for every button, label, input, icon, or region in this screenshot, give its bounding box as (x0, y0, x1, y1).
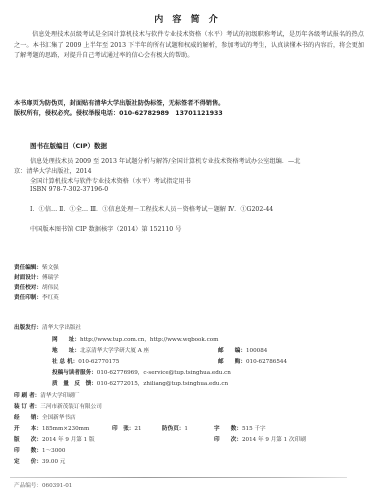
production-antifake-pages: 防伪页：1 (162, 424, 188, 432)
publisher-address: 地 址：北京清华大学学研大厦 A 座 (52, 346, 149, 354)
binder-value: 三河市新茂装订有限公司 (40, 404, 102, 410)
switchboard-value: 010-62770175 (78, 359, 119, 365)
web-label: 网 址： (52, 335, 80, 343)
postcode-value: 100084 (246, 348, 267, 354)
production-binder: 装 订 者：三河市新茂装订有限公司 (14, 402, 102, 410)
distributor-label: 经 销： (14, 413, 42, 421)
staff-cover-design: 封面设计：傅瑞学 (14, 273, 59, 281)
printer-value: 清华大学印刷厂 (40, 393, 79, 399)
cip-record-line1: 信息处理技术员 2009 至 2013 年试题分析与解答/全国计算机专业技术资格… (30, 156, 300, 165)
impression-label: 印 次： (214, 435, 242, 443)
staff-proofreader: 责任校对：胡伟民 (14, 283, 59, 291)
service-value: 010-62776969，c-service@tup.tsinghua.edu.… (97, 370, 231, 376)
cip-isbn: ISBN 978-7-302-37196-0 (30, 186, 108, 193)
mail-order-label: 邮 购： (218, 357, 246, 365)
sheets-label: 印 张： (112, 424, 134, 432)
cip-record-line2: 京：清华大学出版社，2014 (14, 166, 92, 175)
production-copies: 印 数：1～3000 (14, 446, 65, 454)
edition-label: 版 次： (14, 435, 42, 443)
price-value: 39.00 元 (42, 459, 65, 465)
summary-paragraph: 信息处理技术员级考试是全国计算机技术与软件专业技术资格（水平）考试的初级职称考试… (14, 30, 364, 62)
publisher-mail-order: 邮 购：010-62786544 (218, 357, 287, 365)
copies-value: 1～3000 (42, 448, 65, 454)
distributor-value: 全国新华书店 (42, 415, 76, 421)
web-value: http://www.tup.com.cn，http://www.wqbook.… (80, 337, 218, 343)
edition-value: 2014 年 9 月第 1 版 (42, 437, 95, 443)
production-impression: 印 次：2014 年 9 月第 1 次印刷 (214, 435, 306, 443)
antifake-value: 1 (184, 426, 188, 432)
address-label: 地 址： (52, 346, 80, 354)
publisher-web: 网 址：http://www.tup.com.cn，http://www.wqb… (52, 335, 218, 343)
staff-label: 责任校对： (14, 285, 42, 291)
staff-value: 柴文强 (42, 265, 59, 271)
address-value: 北京清华大学学研大厦 A 座 (80, 348, 149, 354)
copies-label: 印 数： (14, 446, 42, 454)
staff-value: 傅瑞学 (42, 275, 59, 281)
cip-heading: 图书在版编目（CIP）数据 (30, 141, 107, 150)
production-edition: 版 次：2014 年 9 月第 1 版 (14, 435, 95, 443)
switchboard-label: 社 总 机： (52, 357, 78, 365)
staff-label: 封面设计： (14, 275, 42, 281)
staff-label: 责任编辑： (14, 265, 42, 271)
rights-notice: 版权所有，侵权必究。侵权举报电话：010-62782989 1370112193… (14, 108, 223, 117)
copyright-page: 内 容 简 介 信息处理技术员级考试是全国计算机技术与软件专业技术资格（水平）考… (0, 0, 375, 496)
staff-printing: 责任印制：李红英 (14, 293, 59, 301)
product-label: 产品编号： (14, 483, 42, 489)
antifake-label: 防伪页： (162, 424, 184, 432)
service-label: 投稿与读者服务： (52, 368, 97, 376)
production-word-count: 字 数：515 千字 (214, 424, 266, 432)
cip-series: 全国计算机技术与软件专业技术资格（水平）考试指定用书 (30, 176, 191, 185)
publisher-switchboard: 社 总 机：010-62770175 (52, 357, 119, 365)
staff-label: 责任印制： (14, 295, 42, 301)
mail-order-value: 010-62786544 (246, 359, 287, 365)
publisher-reader-service: 投稿与读者服务：010-62776969，c-service@tup.tsing… (52, 368, 231, 376)
postcode-label: 邮 编： (218, 346, 246, 354)
publisher-label: 出版发行： (14, 323, 42, 331)
feedback-value: 010-62772015，zhiliang@tup.tsinghua.edu.c… (97, 381, 228, 387)
production-price: 定 价：39.00 元 (14, 457, 65, 465)
anti-counterfeit-notice: 本书扉页为防伪页，封面贴有清华大学出版社防伪标签，无标签者不得销售。 (14, 98, 224, 107)
production-printer: 印 刷 者：清华大学印刷厂 (14, 391, 79, 399)
staff-value: 胡伟民 (42, 285, 59, 291)
words-value: 515 千字 (242, 426, 266, 432)
staff-value: 李红英 (42, 295, 59, 301)
product-value: 060391-01 (42, 483, 72, 489)
production-distributor: 经 销：全国新华书店 (14, 413, 76, 421)
publisher-quality-feedback: 质 量 反 馈：010-62772015，zhiliang@tup.tsingh… (52, 379, 228, 387)
price-label: 定 价： (14, 457, 42, 465)
staff-editor: 责任编辑：柴文强 (14, 263, 59, 271)
publisher-postcode: 邮 编：100084 (218, 346, 267, 354)
format-label: 开 本： (14, 424, 42, 432)
product-number: 产品编号：060391-01 (14, 481, 72, 489)
cip-classification: Ⅰ．①信… Ⅱ．①全… Ⅲ．①信息处理－工程技术人员－资格考试－题解 Ⅳ．①G2… (30, 204, 273, 213)
feedback-label: 质 量 反 馈： (52, 379, 97, 387)
printer-label: 印 刷 者： (14, 391, 40, 399)
publisher-value: 清华大学出版社 (42, 325, 81, 331)
production-sheets: 印 张：21 (112, 424, 142, 432)
impression-value: 2014 年 9 月第 1 次印刷 (242, 437, 306, 443)
publisher-issue: 出版发行：清华大学出版社 (14, 323, 81, 331)
binder-label: 装 订 者： (14, 402, 40, 410)
format-value: 185mm×230mm (42, 426, 89, 432)
divider-rule (10, 477, 347, 478)
cip-library-record: 中国版本图书馆 CIP 数据核字（2014）第 152110 号 (30, 224, 181, 233)
production-format: 开 本：185mm×230mm (14, 424, 89, 432)
summary-title: 内 容 简 介 (0, 12, 375, 25)
words-label: 字 数： (214, 424, 242, 432)
sheets-value: 21 (134, 426, 141, 432)
summary-text: 信息处理技术员级考试是全国计算机技术与软件专业技术资格（水平）考试的初级职称考试… (14, 31, 364, 59)
